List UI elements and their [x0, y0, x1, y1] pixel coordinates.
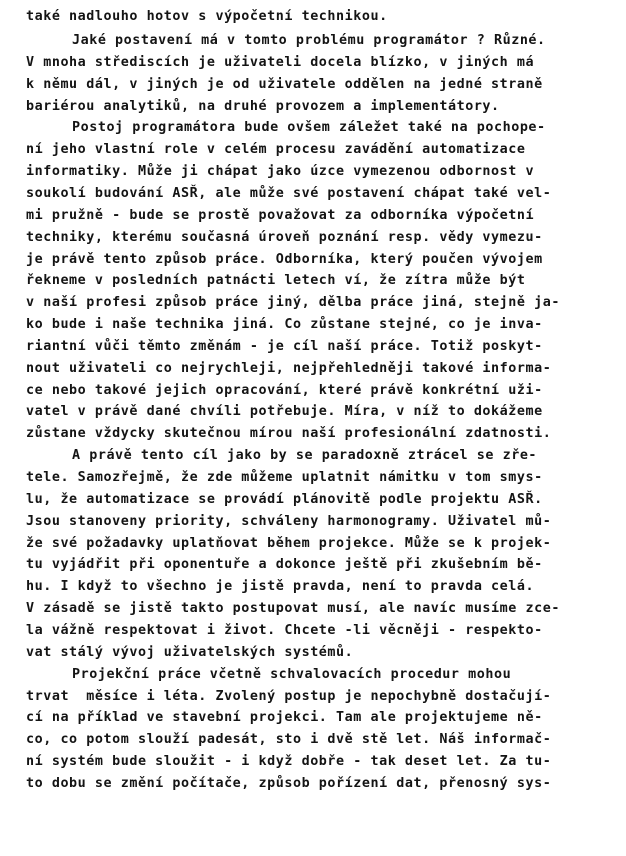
text-line: ní jeho vlastní role v celém procesu zav…: [26, 142, 526, 158]
text-line: také nadlouho hotov s výpočetní techniko…: [26, 9, 388, 25]
text-line: vatel v právě dané chvíli potřebuje. Mír…: [26, 404, 543, 420]
text-line: Jaké postavení má v tomto problému progr…: [72, 33, 546, 49]
text-line: lu, že automatizace se provádí plánovitě…: [26, 492, 543, 508]
text-line: cí na příklad ve stavební projekci. Tam …: [26, 710, 543, 726]
text-line: k němu dál, v jiných je od uživatele odd…: [26, 77, 543, 93]
text-line: zůstane vždycky skutečnou mírou naší pro…: [26, 426, 551, 442]
text-line: V mnoha střediscích je uživateli docela …: [26, 55, 534, 71]
text-line: mi pružně - bude se prostě považovat za …: [26, 208, 534, 224]
text-line: ce nebo takové jejich opracování, které …: [26, 383, 543, 399]
text-line: nout uživateli co nejrychleji, nejpřehle…: [26, 361, 551, 377]
text-line: la vážně respektovat i život. Chcete -li…: [26, 623, 543, 639]
text-line: vat stálý vývoj uživatelských systémů.: [26, 645, 353, 661]
text-line: je právě tento způsob práce. Odborníka, …: [26, 252, 543, 268]
text-line: že své požadavky uplatňovat během projek…: [26, 536, 551, 552]
text-line: to dobu se změní počítače, způsob poříze…: [26, 776, 551, 792]
text-line: tele. Samozřejmě, že zde můžeme uplatnit…: [26, 470, 543, 486]
text-line: techniky, kterému současná úroveň poznán…: [26, 230, 543, 246]
text-line: co, co potom slouží padesát, sto i dvě s…: [26, 732, 551, 748]
text-line: informatiky. Může ji chápat jako úzce vy…: [26, 164, 534, 180]
text-line: Projekční práce včetně schvalovacích pro…: [72, 667, 511, 683]
text-line: A právě tento cíl jako by se paradoxně z…: [72, 448, 537, 464]
text-line: hu. I když to všechno je jistě pravda, n…: [26, 579, 534, 595]
text-line: v naší profesi způsob práce jiný, dělba …: [26, 295, 560, 311]
text-line: Jsou stanoveny priority, schváleny harmo…: [26, 514, 551, 530]
text-line: ko bude i naše technika jiná. Co zůstane…: [26, 317, 543, 333]
text-line: riantní vůči těmto změnám - je cíl naší …: [26, 339, 543, 355]
text-line: V zásadě se jistě takto postupovat musí,…: [26, 601, 560, 617]
text-line: řekneme v posledních patnácti letech ví,…: [26, 273, 526, 289]
text-line: bariérou analytiků, na druhé provozem a …: [26, 99, 500, 115]
text-line: soukolí budování ASŘ, ale může své posta…: [26, 186, 551, 202]
text-line: trvat měsíce i léta. Zvolený postup je n…: [26, 689, 551, 705]
text-line: tu vyjádřit při oponentuře a dokonce ješ…: [26, 557, 543, 573]
text-line: ní systém bude sloužit - i když dobře - …: [26, 754, 551, 770]
text-line: Postoj programátora bude ovšem záležet t…: [72, 120, 546, 136]
typewritten-page: také nadlouho hotov s výpočetní techniko…: [0, 0, 626, 856]
